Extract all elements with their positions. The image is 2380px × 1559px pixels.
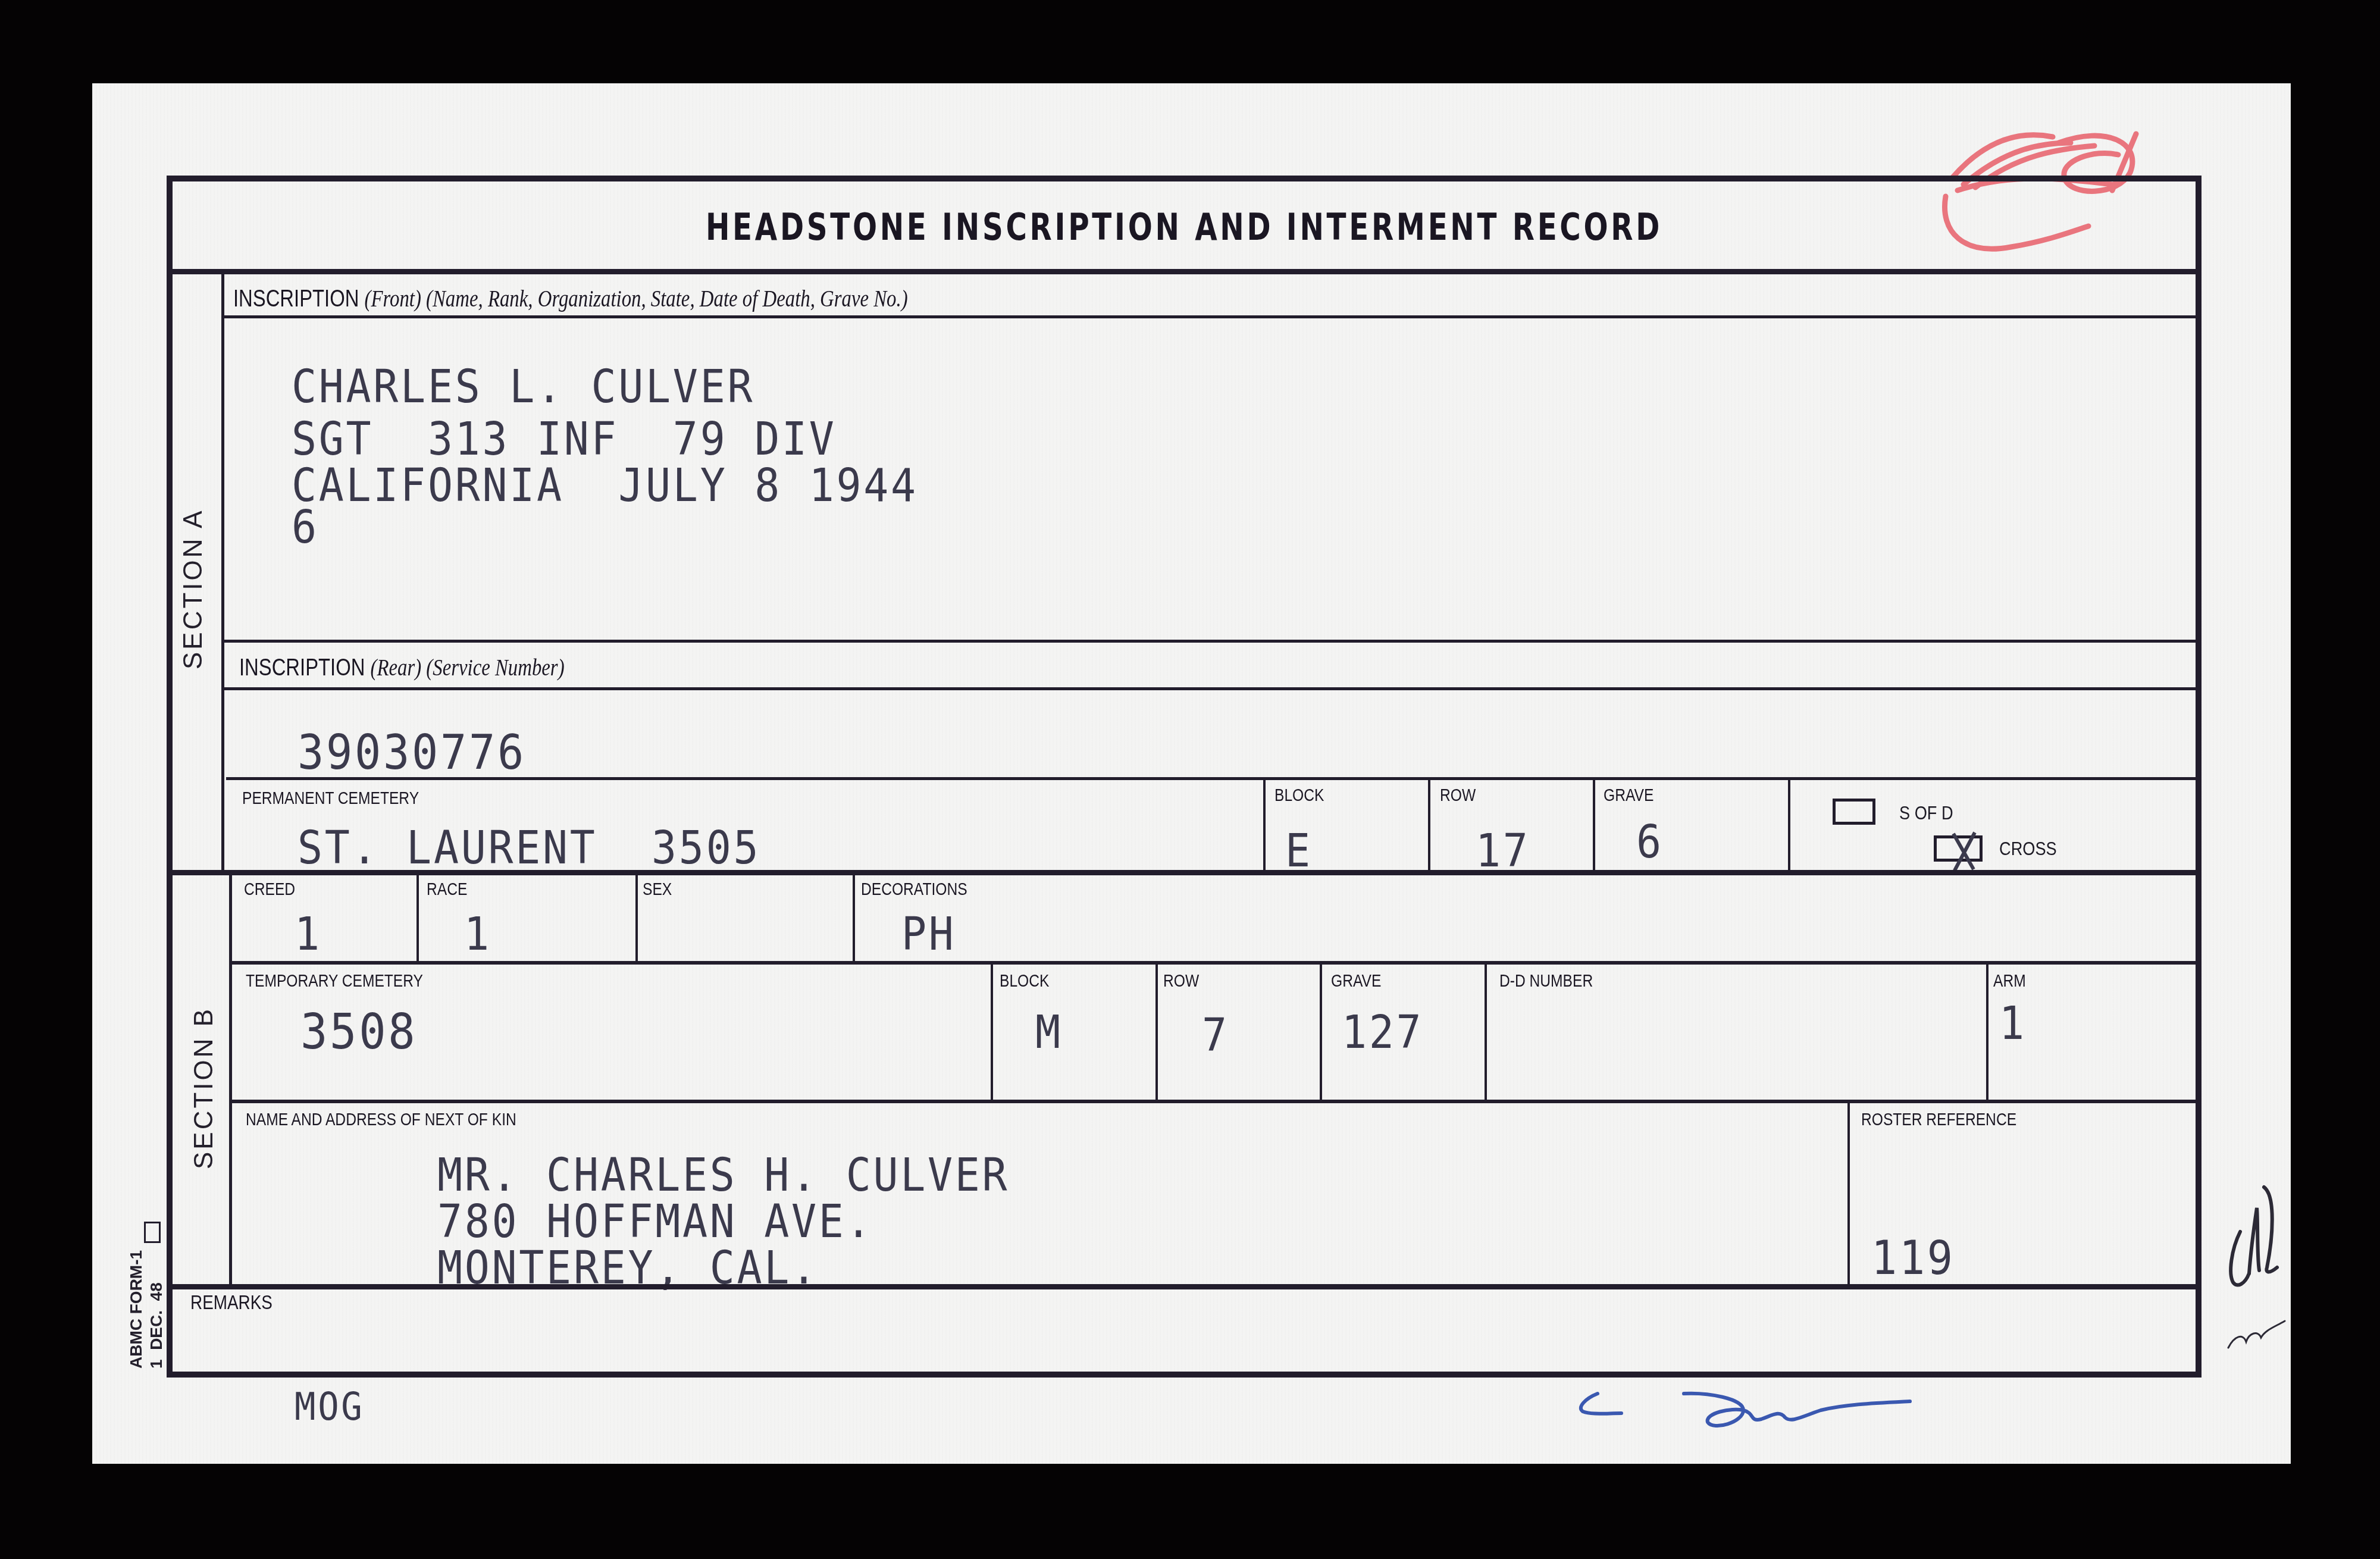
dd-number-label: D-D NUMBER: [1499, 971, 1593, 991]
divider: [226, 777, 2199, 780]
divider: [991, 964, 993, 1102]
next-of-kin-street: 780 HOFFMAN AVE.: [437, 1195, 873, 1248]
section-a-label: SECTION A: [178, 508, 208, 669]
divider: [223, 640, 2199, 643]
divider: [853, 875, 855, 963]
divider: [1593, 779, 1595, 872]
section-b-label: SECTION B: [189, 1007, 219, 1169]
cross-checkbox[interactable]: [1934, 835, 1983, 862]
divider: [231, 961, 2199, 965]
divider: [416, 875, 419, 963]
perm-block-label: BLOCK: [1274, 785, 1324, 806]
next-of-kin-label: NAME AND ADDRESS OF NEXT OF KIN: [246, 1110, 516, 1130]
permanent-cemetery-label: PERMANENT CEMETERY: [242, 788, 419, 809]
sex-label: SEX: [643, 879, 672, 900]
divider: [221, 274, 224, 874]
temporary-cemetery-label: TEMPORARY CEMETERY: [246, 971, 423, 991]
temp-block-label: BLOCK: [1000, 971, 1049, 991]
decorations-value[interactable]: PH: [901, 907, 956, 961]
service-number-field[interactable]: 39030776: [226, 690, 2196, 777]
divider: [1263, 779, 1266, 872]
arm-value[interactable]: 1: [1999, 997, 2027, 1050]
inscription-line-rank-unit: SGT 313 INF 79 DIV: [292, 412, 837, 466]
inscription-front-label: INSCRIPTION (Front) (Name, Rank, Organiz…: [233, 284, 908, 312]
service-number: 39030776: [297, 726, 526, 779]
divider: [635, 875, 638, 963]
creed-label: CREED: [244, 879, 295, 900]
divider: [231, 1100, 2199, 1103]
roster-reference-label: ROSTER REFERENCE: [1861, 1110, 2016, 1130]
divider: [1428, 779, 1430, 872]
inscription-line-name: CHARLES L. CULVER: [292, 360, 754, 414]
remarks-label: REMARKS: [190, 1291, 273, 1314]
mog-annotation: MOG: [295, 1380, 364, 1434]
temp-block-value[interactable]: M: [1035, 1006, 1063, 1059]
sex-field[interactable]: [640, 904, 851, 958]
form-id: ABMC FORM-1 1 DEC. 48: [126, 1250, 167, 1369]
race-label: RACE: [427, 879, 467, 900]
perm-row-label: ROW: [1440, 785, 1476, 806]
section-divider: [170, 870, 2199, 875]
inscription-line-grave-no: 6: [292, 500, 319, 554]
arm-label: ARM: [1993, 971, 2026, 991]
form-id-checkbox[interactable]: [144, 1222, 161, 1243]
temp-grave-value[interactable]: 127: [1342, 1006, 1423, 1059]
divider: [1788, 779, 1790, 872]
remarks-field[interactable]: [178, 1315, 2196, 1372]
next-of-kin-field[interactable]: MR. CHARLES H. CULVER 780 HOFFMAN AVE. M…: [232, 1131, 1844, 1282]
creed-value[interactable]: 1: [295, 907, 322, 961]
divider: [170, 1284, 2199, 1289]
inscription-rear-label: INSCRIPTION (Rear) (Service Number): [239, 653, 565, 681]
temporary-cemetery-value[interactable]: 3508: [300, 1006, 417, 1059]
check-x-icon: [1949, 831, 1978, 872]
cross-label: CROSS: [1999, 838, 2057, 860]
temp-grave-label: GRAVE: [1331, 971, 1381, 991]
divider: [1155, 964, 1158, 1102]
divider: [170, 269, 2199, 274]
race-value[interactable]: 1: [464, 907, 491, 961]
s-of-d-checkbox[interactable]: [1833, 799, 1875, 825]
divider: [1320, 964, 1322, 1102]
dd-number-field[interactable]: [1487, 1000, 1981, 1095]
blue-ink-signature-icon: [1565, 1386, 1934, 1446]
divider: [1986, 964, 1988, 1102]
margin-initials-icon: [2222, 1184, 2288, 1369]
permanent-cemetery-value[interactable]: ST. LAURENT 3505: [297, 821, 760, 875]
perm-grave-value[interactable]: 6: [1636, 815, 1664, 869]
divider: [1485, 964, 1487, 1102]
inscription-line-state-date: CALIFORNIA JULY 8 1944: [292, 459, 918, 512]
form-title: HEADSTONE INSCRIPTION AND INTERMENT RECO…: [390, 205, 1978, 249]
s-of-d-label: S OF D: [1899, 802, 1953, 824]
inscription-front-field[interactable]: CHARLES L. CULVER SGT 313 INF 79 DIV CAL…: [226, 318, 2196, 640]
roster-reference-value[interactable]: 119: [1871, 1232, 1955, 1285]
temp-row-value[interactable]: 7: [1202, 1009, 1229, 1062]
next-of-kin-name: MR. CHARLES H. CULVER: [437, 1148, 1009, 1202]
perm-grave-label: GRAVE: [1604, 785, 1654, 806]
temp-row-label: ROW: [1163, 971, 1199, 991]
decorations-label: DECORATIONS: [861, 879, 967, 900]
divider: [1847, 1102, 1850, 1286]
